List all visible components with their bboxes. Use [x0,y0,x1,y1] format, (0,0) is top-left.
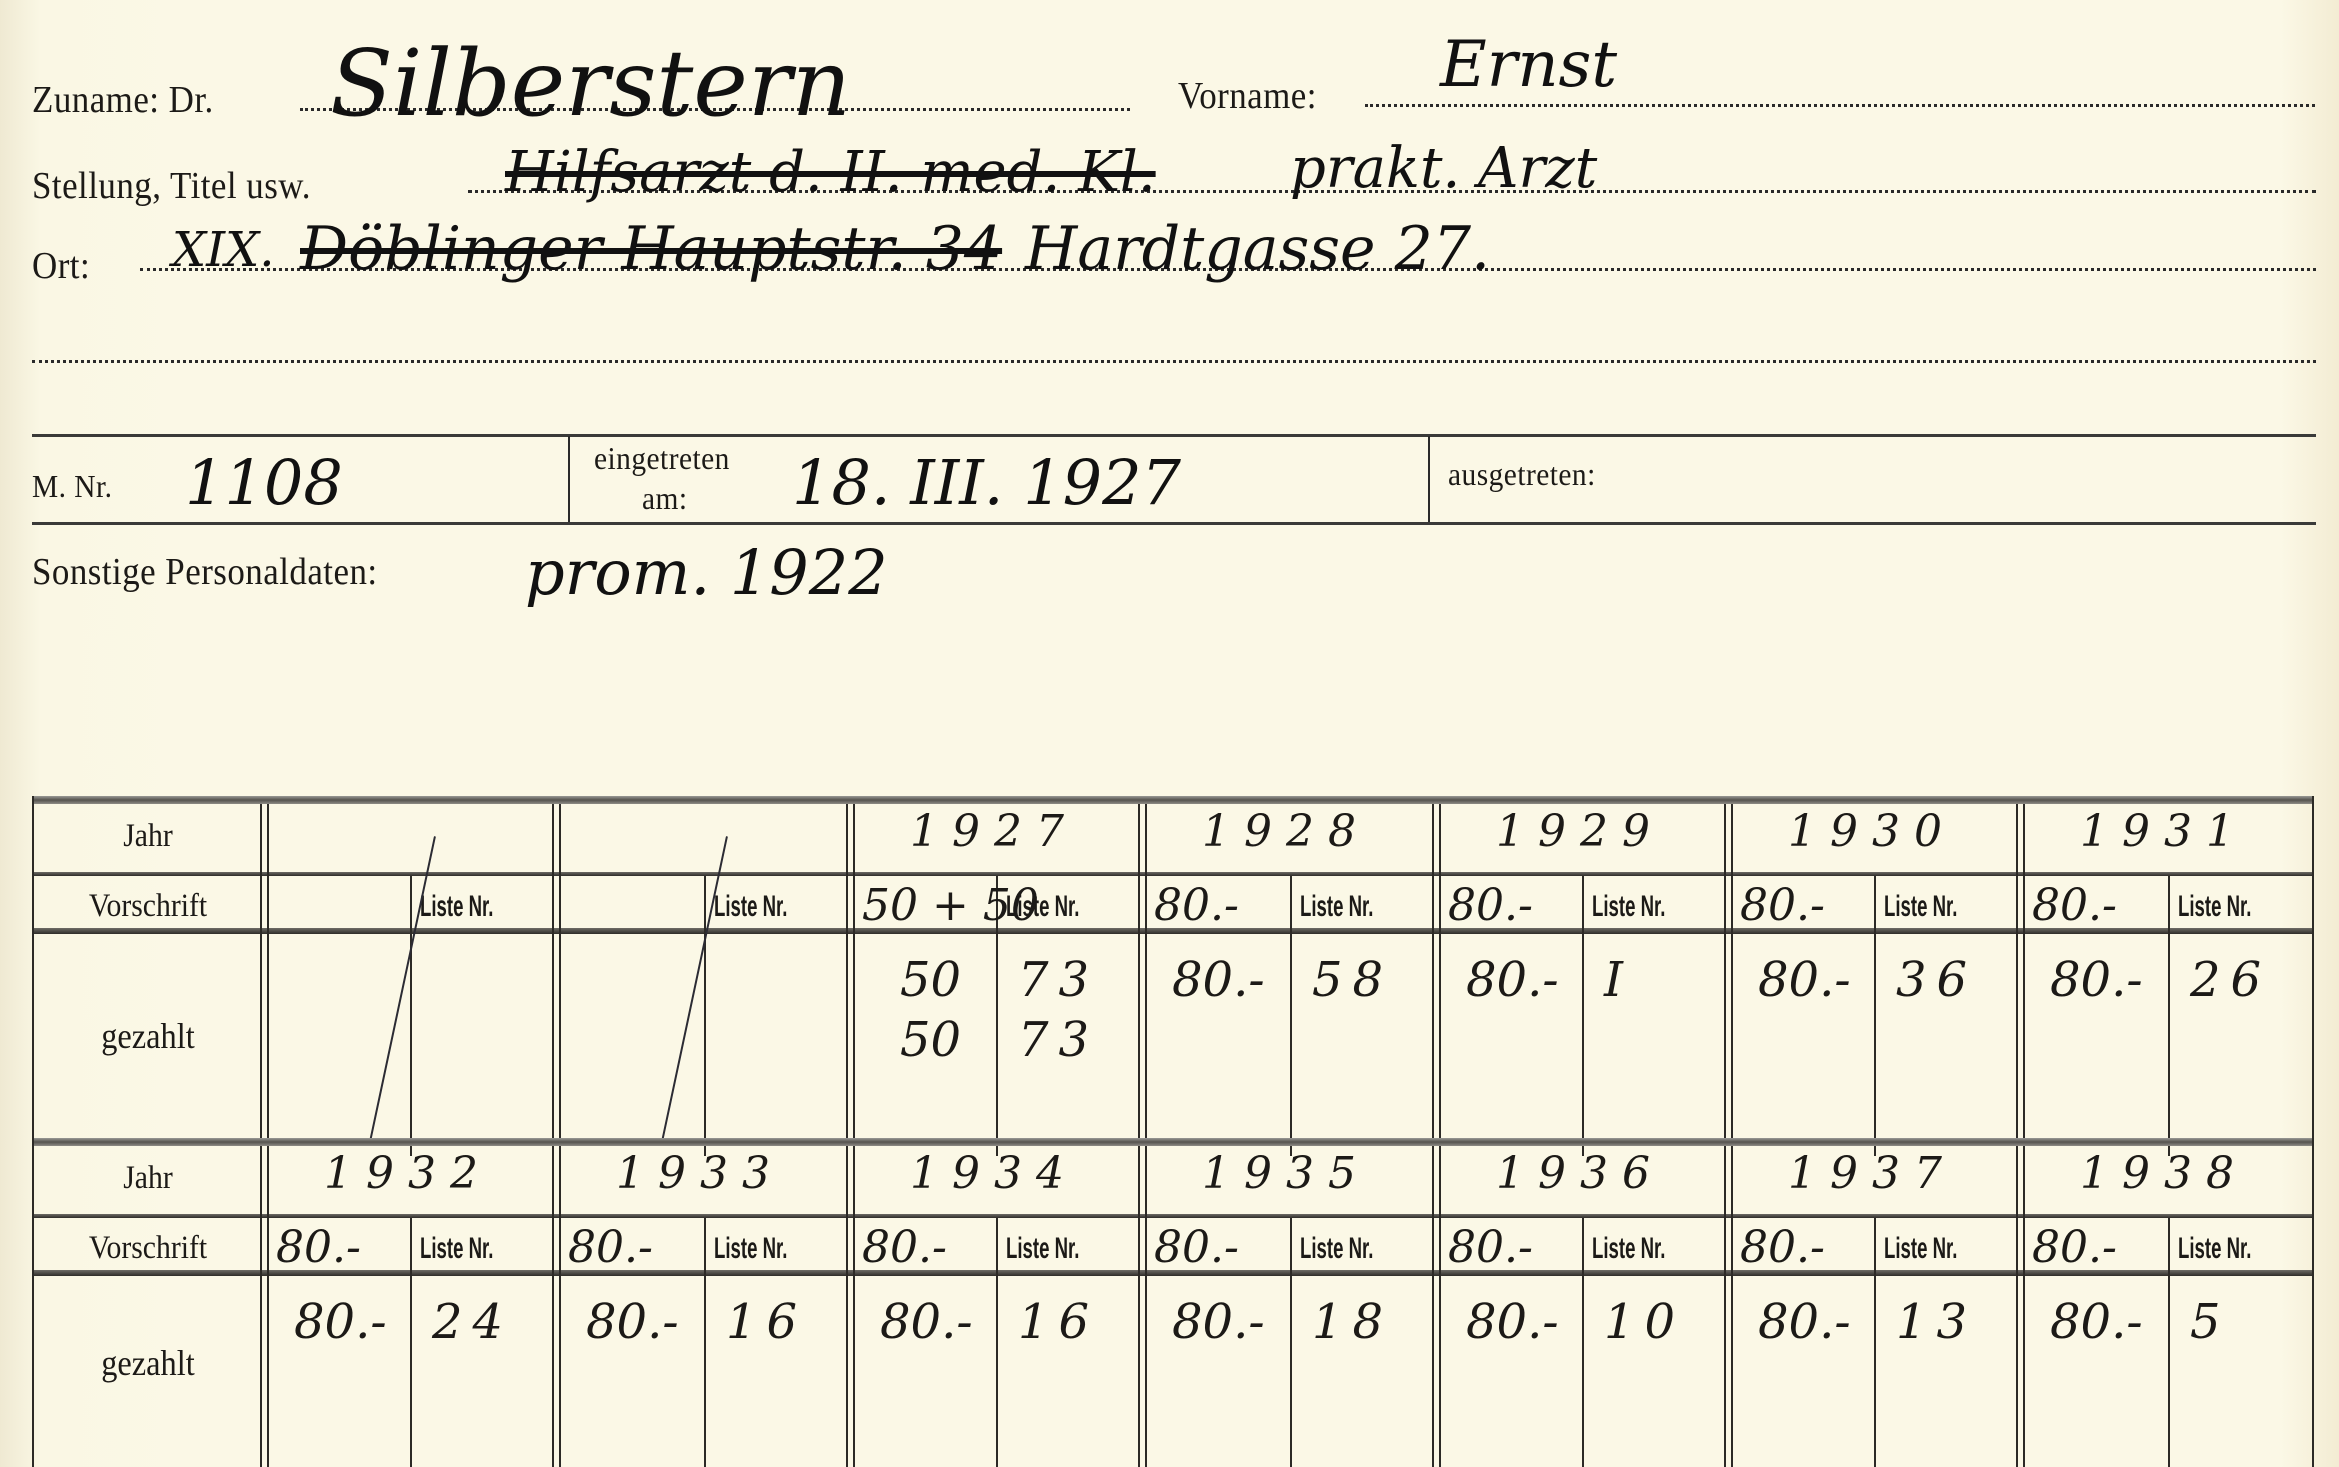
row-label-vorschrift: Vorschrift [44,1230,253,1267]
year-column-border [260,1146,269,1467]
ort-label: Ort: [32,244,90,288]
liste-nr-label: Liste Nr. [1592,890,1665,924]
year-column-border [552,804,561,1156]
year-column-border [1724,804,1733,1156]
year-value: 1935 [1202,1148,1370,1199]
stellung-value: prakt. Arzt [1290,136,1597,201]
row-label-vorschrift: Vorschrift [44,888,253,925]
blank-dotted-line [32,360,2316,363]
year-value: 1927 [910,806,1078,857]
liste-value: 10 [1604,1294,1685,1350]
gezahlt-value: 80.- [1758,1294,1851,1350]
vorschrift-value: 80.- [2032,1222,2117,1273]
liste-subcolumn-border [410,1218,412,1467]
year-value: 1928 [1202,806,1370,857]
year-column-border [846,1146,855,1467]
personal-data-value: prom. 1922 [525,536,888,609]
liste-value: 18 [1312,1294,1393,1350]
liste-nr-label: Liste Nr. [714,1232,787,1266]
vorname-dotted-line [1365,104,2315,107]
table-left-border [32,796,34,1156]
liste-subcolumn-border [2168,876,2170,1156]
row-label-gezahlt: gezahlt [44,1015,253,1057]
liste-value: 5 [2190,1294,2231,1350]
vorschrift-value: 80.- [568,1222,653,1273]
ort-struck-value: Döblinger Hauptstr. 34 [300,214,1002,284]
year-value: 1938 [2080,1148,2248,1199]
gezahlt-value: 50 [900,952,961,1008]
year-value: 1929 [1496,806,1664,857]
liste-subcolumn-border [1290,1218,1292,1467]
personal-data-label: Sonstige Personaldaten: [32,550,378,594]
vorschrift-value: 80.- [1154,1222,1239,1273]
gezahlt-value: 80.- [1758,952,1851,1008]
liste-subcolumn-border [2168,1218,2170,1467]
stellung-struck-value: Hilfsarzt d. II. med. Kl. [505,140,1156,205]
row-label-jahr: Jahr [44,818,253,855]
year-column-border [1724,1146,1733,1467]
liste-nr-label: Liste Nr. [1300,890,1373,924]
liste-value: 36 [1896,952,1977,1008]
year-column-border [2016,1146,2025,1467]
liste-value: 16 [1018,1294,1099,1350]
mnr-value: 1108 [185,446,343,519]
eingetreten-am-label: am: [642,480,688,517]
index-card: Zuname: Dr. Silberstern Vorname: Ernst S… [0,0,2339,1467]
liste-value: I [1604,952,1633,1008]
liste-subcolumn-border [704,876,706,1156]
gezahlt-value: 80.- [294,1294,387,1350]
liste-nr-label: Liste Nr. [1300,1232,1373,1266]
liste-nr-label: Liste Nr. [420,890,493,924]
membership-divider-1 [568,436,570,522]
year-value: 1930 [1788,806,1956,857]
zuname-value: Silberstern [330,30,851,137]
liste-value-2: 73 [1018,1012,1099,1068]
liste-nr-label: Liste Nr. [420,1232,493,1266]
liste-nr-label: Liste Nr. [714,890,787,924]
liste-subcolumn-border [1582,1218,1584,1467]
liste-subcolumn-border [1874,876,1876,1156]
gezahlt-value: 80.- [586,1294,679,1350]
membership-bottom-rule [32,522,2316,525]
row-label-gezahlt: gezahlt [44,1342,253,1384]
liste-nr-label: Liste Nr. [2178,890,2251,924]
liste-value: 24 [432,1294,513,1350]
vorschrift-value: 80.- [2032,880,2117,931]
liste-value: 13 [1896,1294,1977,1350]
gezahlt-value: 80.- [1172,952,1265,1008]
gezahlt-value: 80.- [2050,952,2143,1008]
liste-nr-label: Liste Nr. [1884,1232,1957,1266]
liste-subcolumn-border [1582,876,1584,1156]
vorschrift-value: 80.- [276,1222,361,1273]
eingetreten-value: 18. III. 1927 [792,446,1181,519]
vorname-value: Ernst [1440,28,1617,102]
liste-value: 73 [1018,952,1099,1008]
liste-subcolumn-border [410,876,412,1156]
vorschrift-value: 80.- [1448,880,1533,931]
year-value: 1936 [1496,1148,1664,1199]
gezahlt-value: 80.- [1172,1294,1265,1350]
liste-value: 26 [2190,952,2271,1008]
year-column-border [1138,804,1147,1156]
stellung-label: Stellung, Titel usw. [32,164,311,208]
year-value: 1934 [910,1148,1078,1199]
table-right-border [2312,796,2314,1156]
liste-subcolumn-border [1874,1218,1876,1467]
eingetreten-label: eingetreten [594,440,730,477]
vorschrift-value: 80.- [1740,880,1825,931]
table-left-border [32,1138,34,1467]
membership-top-rule [32,434,2316,437]
year-value: 1933 [616,1148,784,1199]
gezahlt-value: 80.- [1466,952,1559,1008]
year-column-border [1138,1146,1147,1467]
liste-value: 16 [726,1294,807,1350]
liste-nr-label: Liste Nr. [1006,1232,1079,1266]
year-value: 1937 [1788,1148,1956,1199]
year-value: 1931 [2080,806,2248,857]
ort-value: Hardtgasse 27. [1025,214,1490,284]
table-right-border [2312,1138,2314,1467]
liste-nr-label: Liste Nr. [2178,1232,2251,1266]
zuname-label: Zuname: Dr. [32,78,214,122]
table-thick-top-rule [32,1138,2312,1146]
year-column-border [846,804,855,1156]
year-column-border [552,1146,561,1467]
liste-subcolumn-border [996,1218,998,1467]
mnr-label: M. Nr. [32,468,112,505]
row-label-jahr: Jahr [44,1160,253,1197]
ort-district: XIX. [172,222,275,278]
vorschrift-value: 80.- [1448,1222,1533,1273]
liste-value: 58 [1312,952,1393,1008]
year-column-border [260,804,269,1156]
gezahlt-value-2: 50 [900,1012,961,1068]
vorschrift-value: 80.- [862,1222,947,1273]
ausgetreten-label: ausgetreten: [1448,456,1596,493]
year-column-border [1432,804,1441,1156]
year-column-border [2016,804,2025,1156]
membership-divider-2 [1428,436,1430,522]
liste-subcolumn-border [1290,876,1292,1156]
jahr-vorschrift-rule [32,1214,2314,1218]
dues-table-1927-1931: JahrVorschriftgezahltListe Nr.Liste Nr.L… [32,796,2312,1156]
crossed-out-stroke [662,836,728,1140]
crossed-out-stroke [370,836,436,1140]
vorschrift-value: 50 + 50 [862,880,1039,931]
gezahlt-value: 80.- [1466,1294,1559,1350]
table-thick-top-rule [32,796,2312,804]
year-value: 1932 [324,1148,492,1199]
gezahlt-value: 80.- [2050,1294,2143,1350]
year-column-border [1432,1146,1441,1467]
vorschrift-value: 80.- [1740,1222,1825,1273]
vorschrift-value: 80.- [1154,880,1239,931]
liste-nr-label: Liste Nr. [1884,890,1957,924]
vorname-label: Vorname: [1178,74,1317,118]
liste-subcolumn-border [704,1218,706,1467]
dues-table-1932-1938: JahrVorschriftgezahltListe Nr.193280.-80… [32,1138,2312,1467]
gezahlt-value: 80.- [880,1294,973,1350]
liste-nr-label: Liste Nr. [1592,1232,1665,1266]
jahr-vorschrift-rule [32,872,2314,876]
